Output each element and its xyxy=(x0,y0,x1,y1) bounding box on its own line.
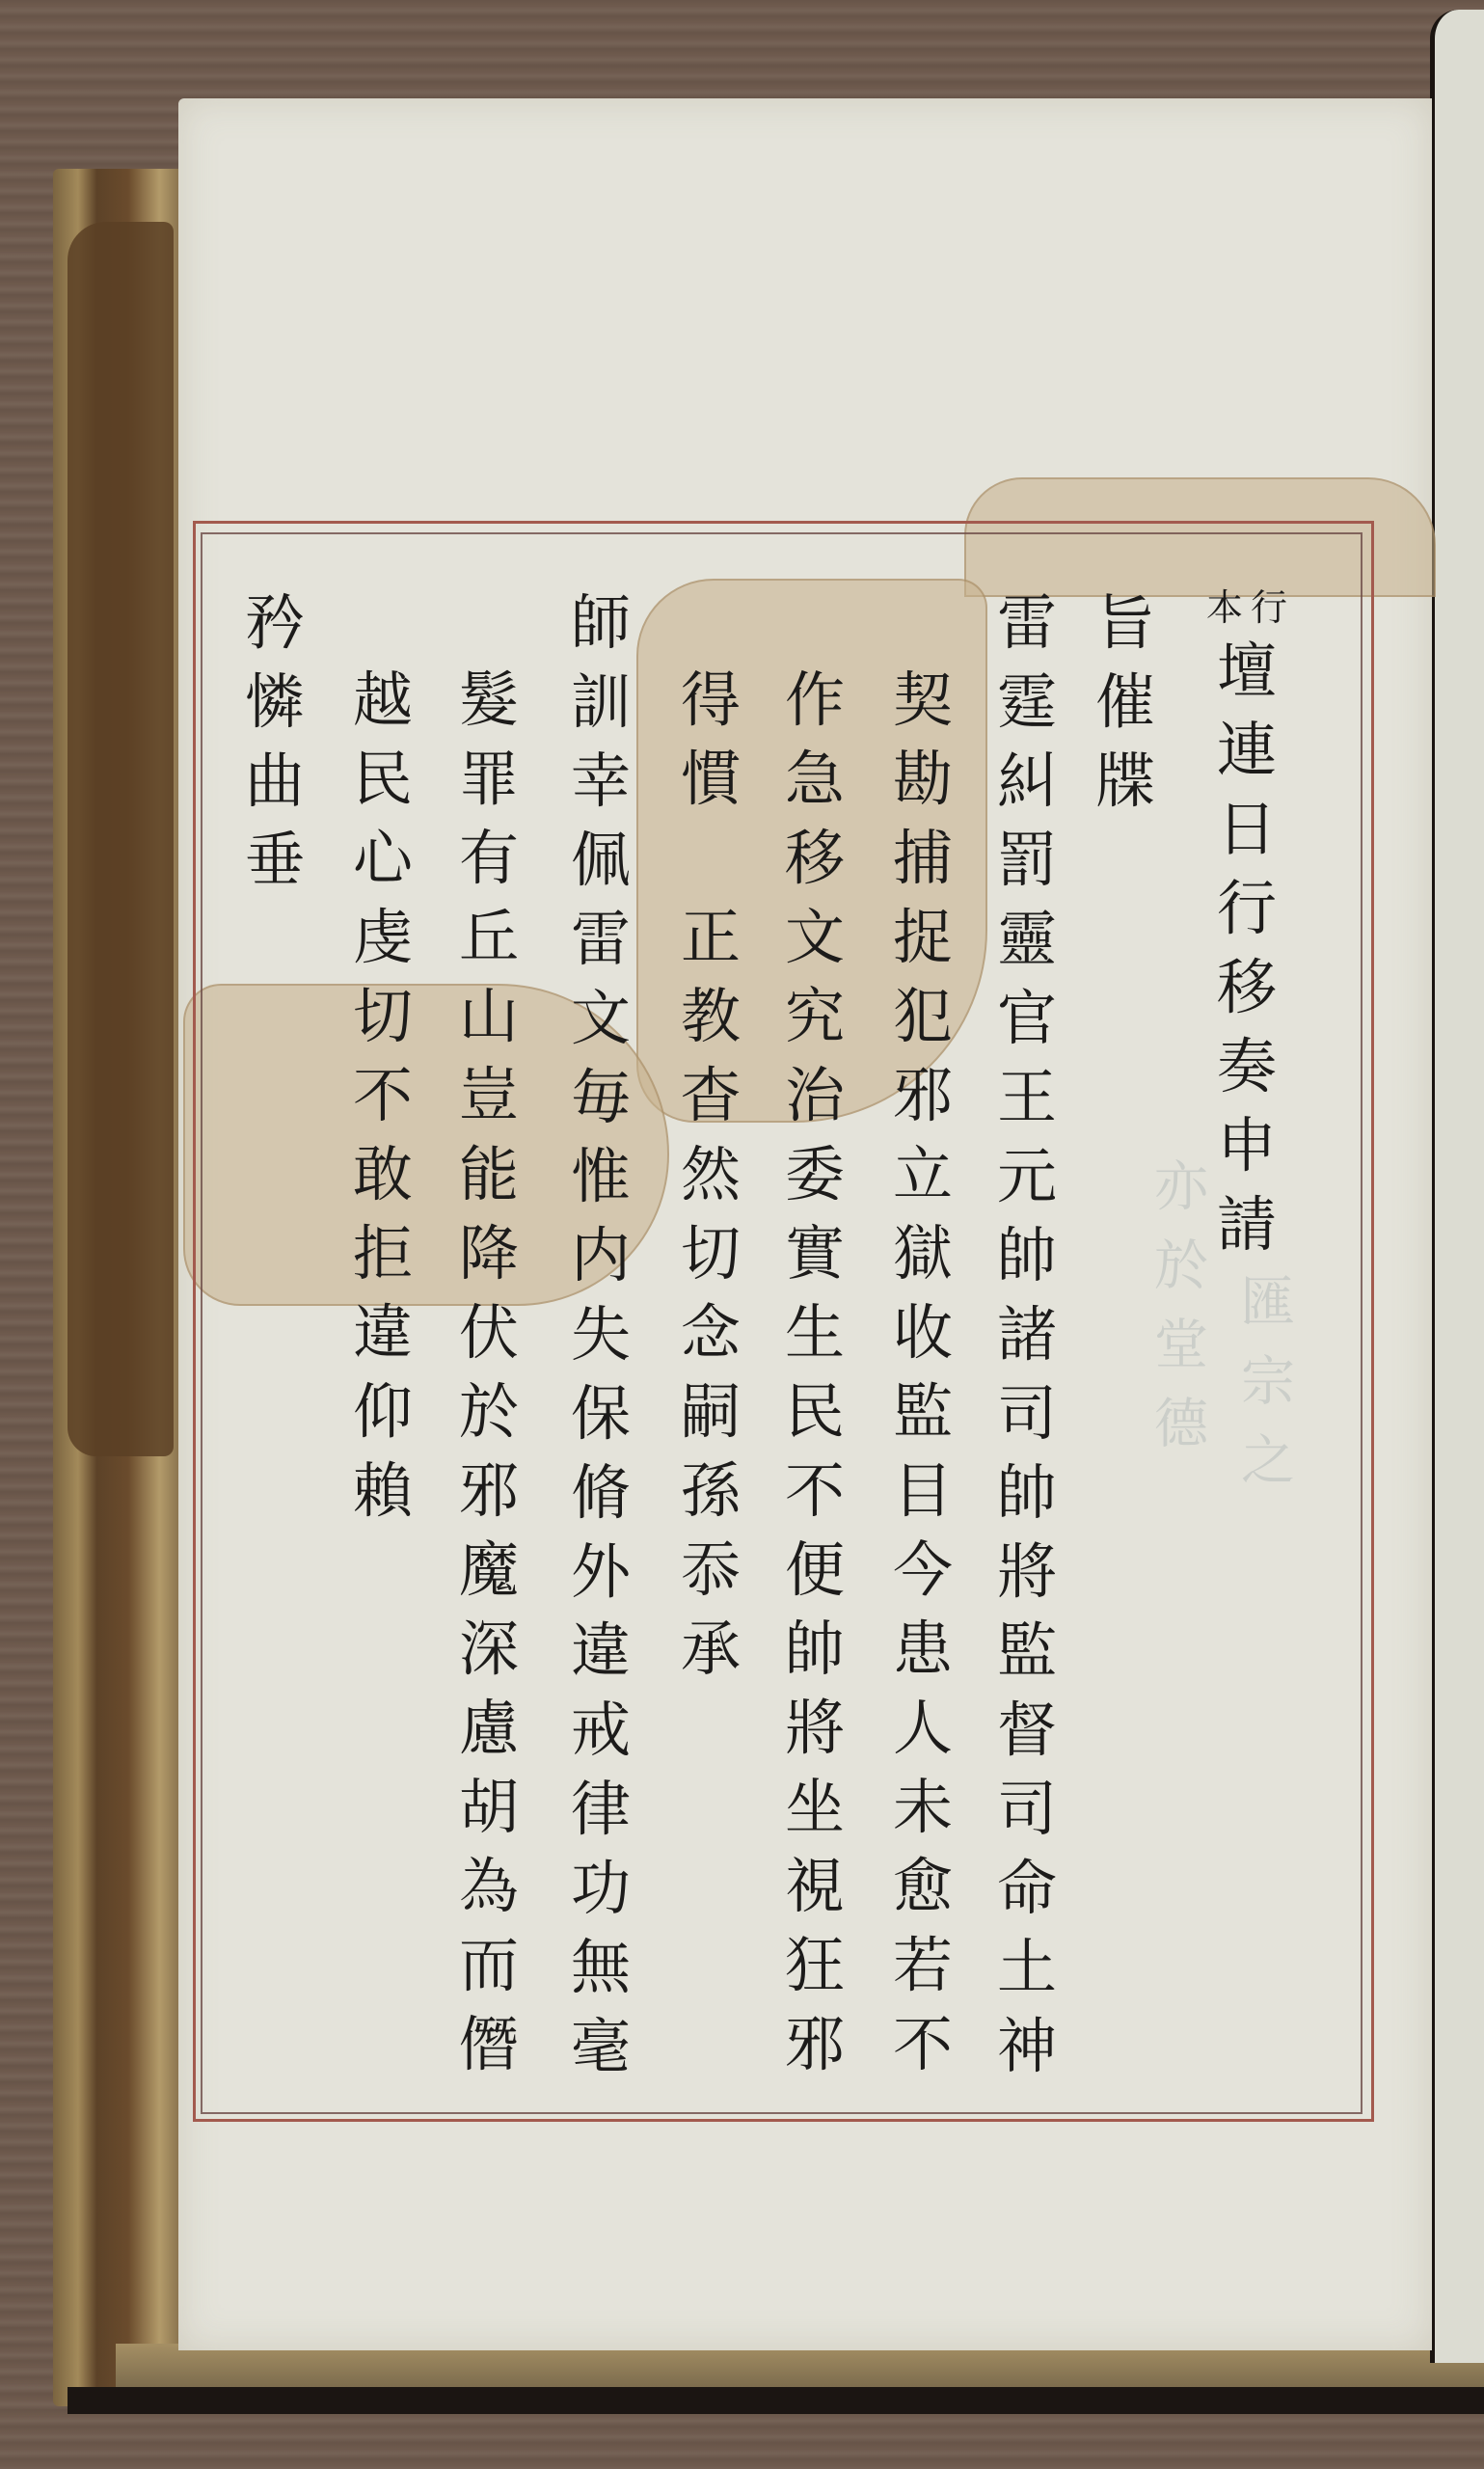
column-1: 行 本 壇連日行移奏申請 xyxy=(1203,583,1290,1264)
character: 行 xyxy=(1203,869,1290,948)
character: 契 xyxy=(879,661,966,740)
character: 罪 xyxy=(445,740,532,819)
character: 司 xyxy=(984,1770,1070,1849)
character: 患 xyxy=(879,1610,966,1689)
small-char: 行 xyxy=(1248,583,1290,632)
character: 若 xyxy=(879,1926,966,2005)
character: 究 xyxy=(771,977,858,1056)
character: 杳 xyxy=(667,1056,754,1135)
character: 失 xyxy=(557,1295,644,1374)
column-text-continued: 正教杳然切念嗣孫忝承 xyxy=(667,898,754,1689)
character: 曲 xyxy=(231,742,318,821)
column-text: 得慣 xyxy=(667,661,754,819)
character: 山 xyxy=(445,977,532,1056)
character: 為 xyxy=(445,1847,532,1926)
character: 忝 xyxy=(667,1531,754,1610)
character: 獄 xyxy=(879,1214,966,1293)
character: 人 xyxy=(879,1689,966,1768)
small-prefix: 行 本 xyxy=(1203,583,1290,632)
character: 土 xyxy=(984,1928,1070,2007)
character: 教 xyxy=(667,977,754,1056)
character: 作 xyxy=(771,661,858,740)
character: 勘 xyxy=(879,740,966,819)
character: 今 xyxy=(879,1531,966,1610)
column-text: 師訓幸佩雷文毎惟内失保脩外違戒律功無毫 xyxy=(557,583,644,2086)
character: 切 xyxy=(339,977,426,1056)
character: 正 xyxy=(667,898,754,977)
character: 魔 xyxy=(445,1531,532,1610)
text-body: 行 本 壇連日行移奏申請 旨催牒 雷霆糾罰靈官王元帥諸司帥將監督司命土神 契勘捕… xyxy=(0,593,1484,2136)
character: 民 xyxy=(339,740,426,819)
character: 邪 xyxy=(445,1452,532,1531)
character: 請 xyxy=(1203,1185,1290,1264)
character: 司 xyxy=(984,1374,1070,1453)
character: 佩 xyxy=(557,821,644,900)
character: 催 xyxy=(1082,663,1169,742)
character: 脩 xyxy=(557,1453,644,1533)
book-shadow xyxy=(67,2387,1484,2414)
character: 生 xyxy=(771,1293,858,1372)
character: 邪 xyxy=(879,1056,966,1135)
character: 違 xyxy=(339,1293,426,1372)
character: 不 xyxy=(771,1452,858,1531)
character: 嗣 xyxy=(667,1372,754,1452)
character: 治 xyxy=(771,1056,858,1135)
page-bottom-edge xyxy=(116,2344,1484,2390)
character: 降 xyxy=(445,1214,532,1293)
character: 戒 xyxy=(557,1691,644,1770)
character: 便 xyxy=(771,1531,858,1610)
character: 訓 xyxy=(557,663,644,742)
character: 然 xyxy=(667,1135,754,1214)
character: 惟 xyxy=(557,1137,644,1216)
column-text: 髮罪有丘山豈能降伏於邪魔深慮胡為而僭 xyxy=(445,661,532,2084)
column-4: 契勘捕捉犯邪立獄收監目今患人未愈若不 xyxy=(879,661,966,2084)
character: 帥 xyxy=(771,1610,858,1689)
column-7: 師訓幸佩雷文毎惟内失保脩外違戒律功無毫 xyxy=(557,583,644,2086)
character: 靈 xyxy=(984,900,1070,979)
character: 無 xyxy=(557,1928,644,2007)
column-10: 矜憐曲垂 xyxy=(231,583,318,900)
column-text: 雷霆糾罰靈官王元帥諸司帥將監督司命土神 xyxy=(984,583,1070,2086)
character: 日 xyxy=(1203,790,1290,869)
character: 伏 xyxy=(445,1293,532,1372)
character: 不 xyxy=(879,2005,966,2084)
character: 保 xyxy=(557,1374,644,1453)
character: 捕 xyxy=(879,819,966,898)
character: 收 xyxy=(879,1293,966,1372)
character: 移 xyxy=(771,819,858,898)
character: 賴 xyxy=(339,1452,426,1531)
character: 毎 xyxy=(557,1058,644,1137)
character: 邪 xyxy=(771,2005,858,2084)
character: 糾 xyxy=(984,742,1070,821)
character: 不 xyxy=(339,1056,426,1135)
character: 將 xyxy=(771,1689,858,1768)
character: 雷 xyxy=(557,900,644,979)
character: 敢 xyxy=(339,1135,426,1214)
character: 牒 xyxy=(1082,742,1169,821)
character: 得 xyxy=(667,661,754,740)
character: 師 xyxy=(557,583,644,663)
character: 文 xyxy=(771,898,858,977)
character: 將 xyxy=(984,1533,1070,1612)
character: 文 xyxy=(557,979,644,1058)
character: 王 xyxy=(984,1058,1070,1137)
character: 髮 xyxy=(445,661,532,740)
character: 幸 xyxy=(557,742,644,821)
character: 慮 xyxy=(445,1689,532,1768)
character: 虔 xyxy=(339,898,426,977)
character: 諸 xyxy=(984,1295,1070,1374)
column-text: 越民心虔切不敢拒違仰賴 xyxy=(339,661,426,1531)
character: 督 xyxy=(984,1691,1070,1770)
character: 念 xyxy=(667,1293,754,1372)
column-3: 雷霆糾罰靈官王元帥諸司帥將監督司命土神 xyxy=(984,583,1070,2086)
character: 捉 xyxy=(879,898,966,977)
column-5: 作急移文究治委實生民不便帥將坐視狂邪 xyxy=(771,661,858,2084)
character: 慣 xyxy=(667,740,754,819)
character: 矜 xyxy=(231,583,318,663)
character: 移 xyxy=(1203,948,1290,1027)
character: 違 xyxy=(557,1612,644,1691)
character: 壇 xyxy=(1203,632,1290,711)
character: 立 xyxy=(879,1135,966,1214)
character: 功 xyxy=(557,1849,644,1928)
character: 有 xyxy=(445,819,532,898)
character: 垂 xyxy=(231,821,318,900)
character: 監 xyxy=(984,1612,1070,1691)
character: 犯 xyxy=(879,977,966,1056)
character: 狂 xyxy=(771,1926,858,2005)
character: 能 xyxy=(445,1135,532,1214)
column-text: 矜憐曲垂 xyxy=(231,583,318,900)
character: 拒 xyxy=(339,1214,426,1293)
character: 而 xyxy=(445,1926,532,2005)
character: 霆 xyxy=(984,663,1070,742)
character: 内 xyxy=(557,1216,644,1295)
column-6: 得慣 正教杳然切念嗣孫忝承 xyxy=(667,661,754,1689)
column-2: 旨催牒 xyxy=(1082,583,1169,821)
character: 豈 xyxy=(445,1056,532,1135)
column-9: 越民心虔切不敢拒違仰賴 xyxy=(339,661,426,1531)
character: 實 xyxy=(771,1214,858,1293)
character: 命 xyxy=(984,1849,1070,1928)
character: 毫 xyxy=(557,2007,644,2086)
column-text: 壇連日行移奏申請 xyxy=(1203,632,1290,1264)
character: 憐 xyxy=(231,663,318,742)
character: 委 xyxy=(771,1135,858,1214)
character: 愈 xyxy=(879,1847,966,1926)
character: 帥 xyxy=(984,1453,1070,1533)
character: 旨 xyxy=(1082,583,1169,663)
character: 視 xyxy=(771,1847,858,1926)
character: 目 xyxy=(879,1452,966,1531)
character: 官 xyxy=(984,979,1070,1058)
character: 未 xyxy=(879,1768,966,1847)
character: 坐 xyxy=(771,1768,858,1847)
character: 孫 xyxy=(667,1452,754,1531)
character: 越 xyxy=(339,661,426,740)
column-8: 髮罪有丘山豈能降伏於邪魔深慮胡為而僭 xyxy=(445,661,532,2084)
character: 申 xyxy=(1203,1106,1290,1185)
character: 丘 xyxy=(445,898,532,977)
character: 奏 xyxy=(1203,1027,1290,1106)
character: 深 xyxy=(445,1610,532,1689)
small-char: 本 xyxy=(1203,583,1246,632)
character: 律 xyxy=(557,1770,644,1849)
character: 雷 xyxy=(984,583,1070,663)
character: 神 xyxy=(984,2007,1070,2086)
column-text: 契勘捕捉犯邪立獄收監目今患人未愈若不 xyxy=(879,661,966,2084)
character: 急 xyxy=(771,740,858,819)
character: 罰 xyxy=(984,821,1070,900)
character: 心 xyxy=(339,819,426,898)
character: 帥 xyxy=(984,1216,1070,1295)
character: 僭 xyxy=(445,2005,532,2084)
character: 監 xyxy=(879,1372,966,1452)
character: 承 xyxy=(667,1610,754,1689)
character: 於 xyxy=(445,1372,532,1452)
character: 元 xyxy=(984,1137,1070,1216)
character: 民 xyxy=(771,1372,858,1452)
character: 胡 xyxy=(445,1768,532,1847)
character: 切 xyxy=(667,1214,754,1293)
character: 仰 xyxy=(339,1372,426,1452)
column-text: 旨催牒 xyxy=(1082,583,1169,821)
column-text: 作急移文究治委實生民不便帥將坐視狂邪 xyxy=(771,661,858,2084)
character: 外 xyxy=(557,1533,644,1612)
character: 連 xyxy=(1203,711,1290,790)
